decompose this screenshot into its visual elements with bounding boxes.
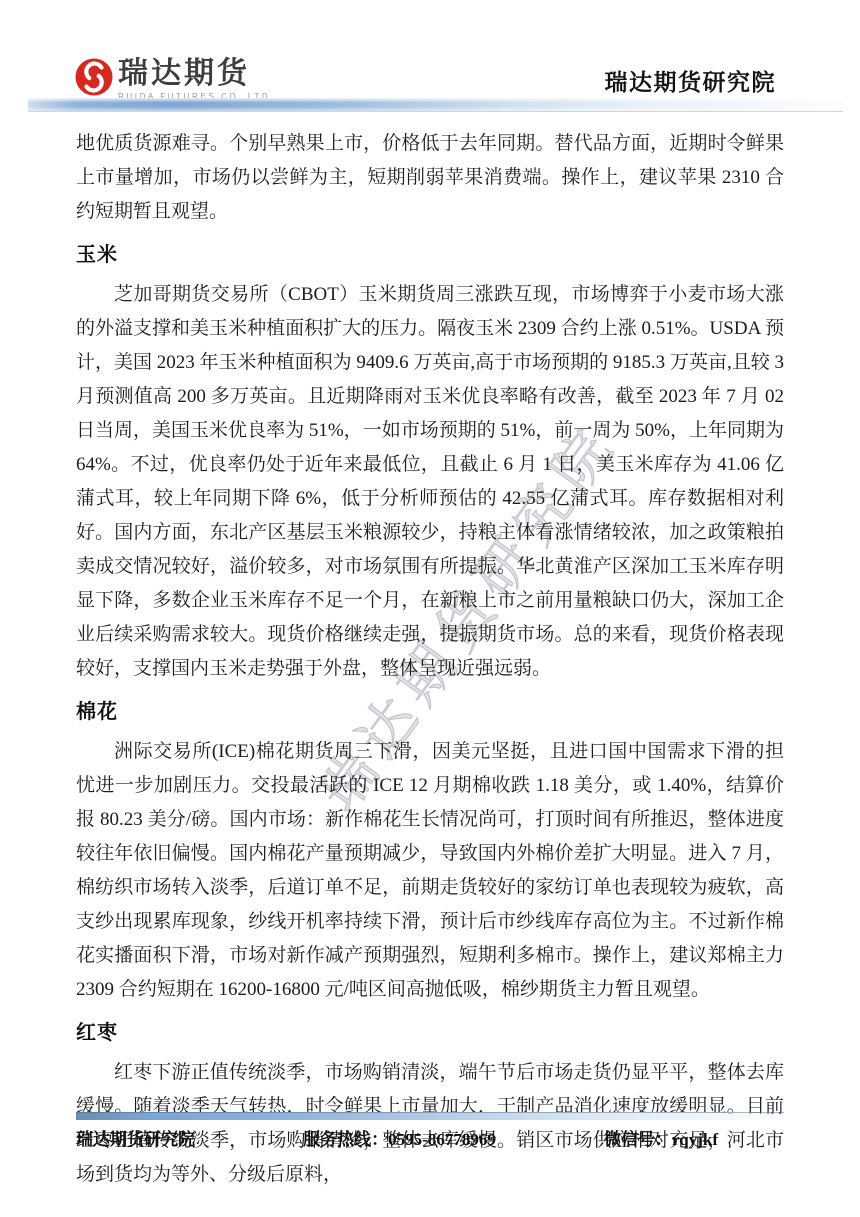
section-heading: 红枣 bbox=[76, 1021, 784, 1045]
report-body: 地优质货源难寻。个别早熟果上市，价格低于去年同期。替代品方面，近期时令鲜果上市量… bbox=[76, 127, 784, 1192]
section-paragraph: 芝加哥期货交易所（CBOT）玉米期货周三涨跌互现，市场博弈于小麦市场大涨的外溢支… bbox=[76, 278, 784, 686]
header-divider-bar bbox=[28, 98, 843, 112]
footer-divider-bar bbox=[76, 1112, 784, 1120]
footer-hotline-label: 服务热线： bbox=[303, 1130, 388, 1149]
logo-cn-name: 瑞达期货 bbox=[118, 58, 275, 90]
footer: 瑞达期货研究院 服务热线：0595-86778969 微信号：rqyjkf bbox=[76, 1125, 718, 1150]
section-paragraph: 洲际交易所(ICE)棉花期货周三下滑，因美元坚挺，且进口国中国需求下滑的担忧进一… bbox=[76, 735, 784, 1007]
intro-paragraph: 地优质货源难寻。个别早熟果上市，价格低于去年同期。替代品方面，近期时令鲜果上市量… bbox=[76, 127, 784, 229]
footer-hotline-number: 0595-86778969 bbox=[388, 1130, 496, 1149]
section-heading: 玉米 bbox=[76, 243, 784, 267]
footer-hotline: 服务热线：0595-86778969 bbox=[303, 1125, 496, 1150]
header-institute-title: 瑞达期货研究院 bbox=[605, 64, 777, 97]
section-heading: 棉花 bbox=[76, 700, 784, 724]
footer-wechat-label: 微信号： bbox=[604, 1130, 672, 1149]
footer-org: 瑞达期货研究院 bbox=[76, 1125, 195, 1150]
section-paragraph: 红枣下游正值传统淡季，市场购销清淡，端午节后市场走货仍显平平，整体去库缓慢。随着… bbox=[76, 1056, 784, 1192]
report-page: 瑞达期货 RUIDA FUTURES CO.,LTD. 瑞达期货研究院 瑞达期货… bbox=[0, 0, 860, 1217]
logo-text: 瑞达期货 RUIDA FUTURES CO.,LTD. bbox=[118, 56, 275, 101]
footer-wechat: 微信号：rqyjkf bbox=[604, 1125, 718, 1150]
report-sections: 玉米芝加哥期货交易所（CBOT）玉米期货周三涨跌互现，市场博弈于小麦市场大涨的外… bbox=[76, 243, 784, 1192]
company-logo: 瑞达期货 RUIDA FUTURES CO.,LTD. bbox=[74, 56, 275, 101]
footer-wechat-id: rqyjkf bbox=[672, 1130, 718, 1149]
ruida-logo-icon bbox=[74, 56, 114, 98]
